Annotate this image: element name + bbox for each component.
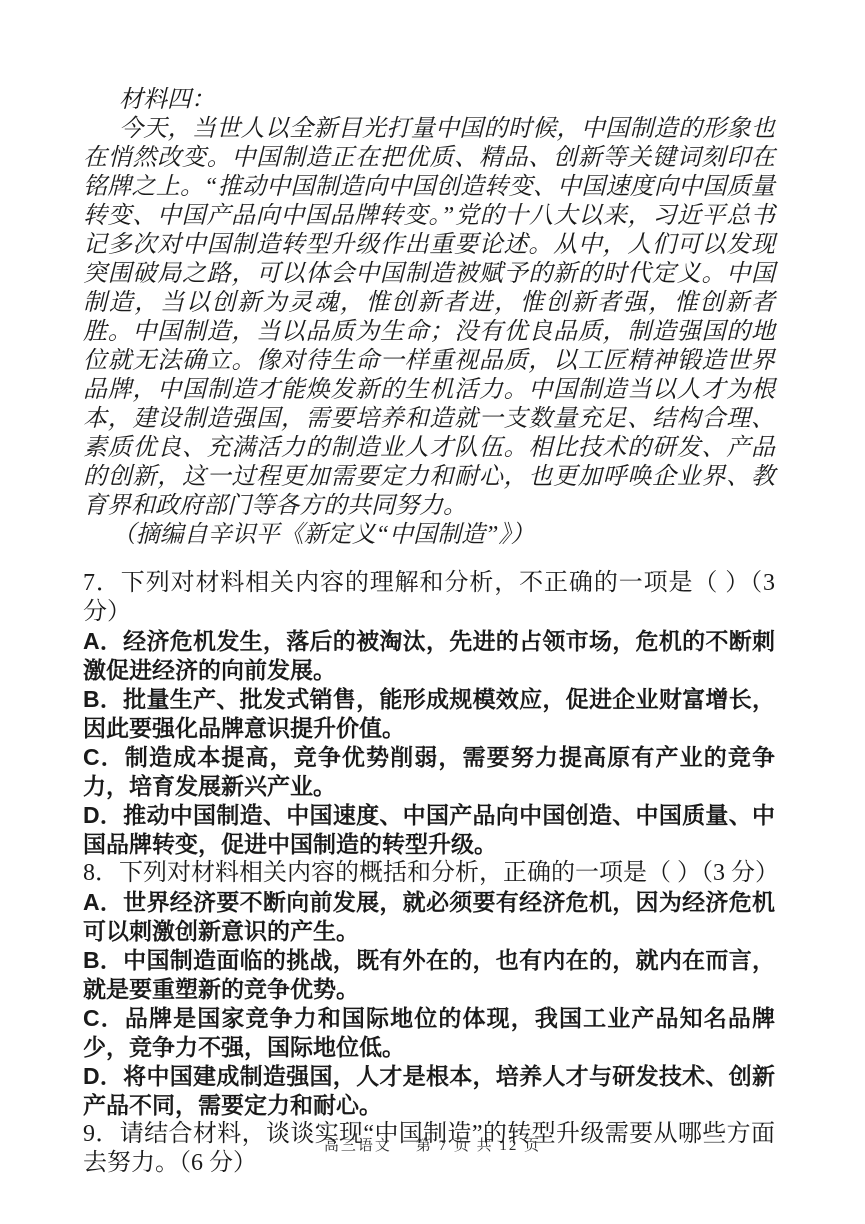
question-7-option-d: D．推动中国制造、中国速度、中国产品向中国创造、中国质量、中国品牌转变，促进中国… [83, 801, 775, 859]
question-8-option-b: B．中国制造面临的挑战，既有外在的，也有内在的，就内在而言，就是要重塑新的竞争优… [83, 946, 775, 1004]
question-8-option-d: D．将中国建成制造强国，人才是根本，培养人才与研发技术、创新产品不同，需要定力和… [83, 1062, 775, 1120]
footer-page-number: 第 7 页 共 12 页 [416, 1138, 541, 1154]
question-7-option-a: A．经济危机发生，落后的被淘汰，先进的占领市场，危机的不断刺激促进经济的向前发展… [83, 627, 775, 685]
footer-course-label: 高三语文 [324, 1138, 392, 1154]
page-footer: 高三语文第 7 页 共 12 页 [0, 1134, 865, 1155]
material-heading: 材料四： [83, 86, 775, 115]
question-8: 8．下列对材料相关内容的概括和分析，正确的一项是（ ）（3 分） A．世界经济要… [83, 859, 775, 1120]
question-7: 7．下列对材料相关内容的理解和分析，不正确的一项是（ ）（3 分） A．经济危机… [83, 569, 775, 859]
question-8-option-a: A．世界经济要不断向前发展，就必须要有经济危机，因为经济危机可以刺激创新意识的产… [83, 888, 775, 946]
question-8-option-c: C．品牌是国家竞争力和国际地位的体现，我国工业产品知名品牌少，竞争力不强，国际地… [83, 1004, 775, 1062]
page-content: 材料四： 今天，当世人以全新目光打量中国的时候，中国制造的形象也在悄然改变。中国… [83, 86, 775, 1178]
question-7-option-b: B．批量生产、批发式销售，能形成规模效应，促进企业财富增长，因此要强化品牌意识提… [83, 685, 775, 743]
question-8-stem: 8．下列对材料相关内容的概括和分析，正确的一项是（ ）（3 分） [83, 859, 775, 888]
material-section: 材料四： 今天，当世人以全新目光打量中国的时候，中国制造的形象也在悄然改变。中国… [83, 86, 775, 550]
exam-page: 材料四： 今天，当世人以全新目光打量中国的时候，中国制造的形象也在悄然改变。中国… [0, 0, 865, 1224]
question-7-option-c: C．制造成本提高，竞争优势削弱，需要努力提高原有产业的竞争力，培育发展新兴产业。 [83, 743, 775, 801]
material-paragraph: 今天，当世人以全新目光打量中国的时候，中国制造的形象也在悄然改变。中国制造正在把… [83, 115, 775, 521]
question-7-stem: 7．下列对材料相关内容的理解和分析，不正确的一项是（ ）（3 分） [83, 569, 775, 627]
material-citation: （摘编自辛识平《新定义“中国制造”》） [83, 521, 775, 550]
questions-section: 7．下列对材料相关内容的理解和分析，不正确的一项是（ ）（3 分） A．经济危机… [83, 569, 775, 1178]
